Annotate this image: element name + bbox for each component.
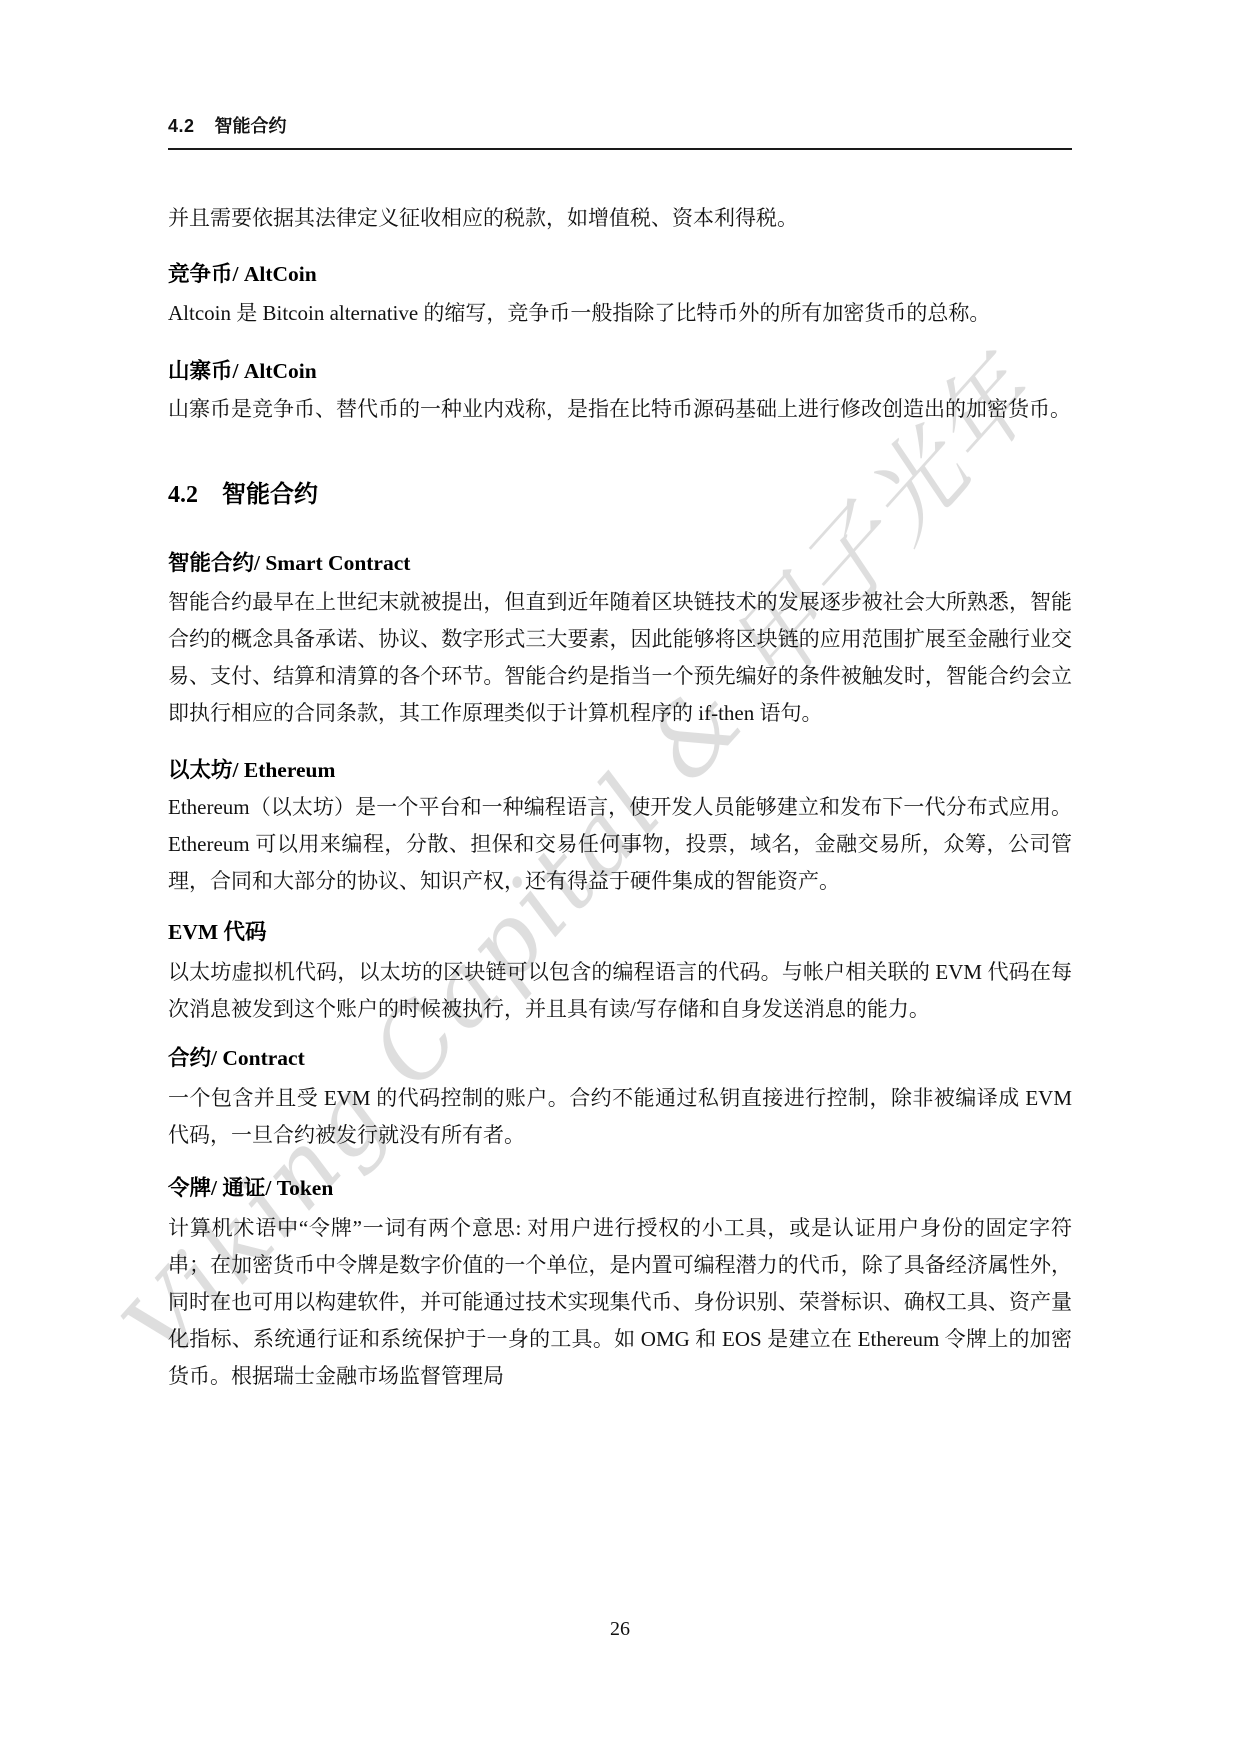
paragraph-altcoin-1: Altcoin 是 Bitcoin alternative 的缩写，竞争币一般指… bbox=[168, 295, 1072, 332]
term-heading-altcoin-2: 山寨币/ AltCoin bbox=[168, 356, 1072, 386]
running-header-section-number: 4.2 bbox=[168, 116, 195, 136]
term-heading-token: 令牌/ 通证/ Token bbox=[168, 1173, 1072, 1203]
running-header-section-title: 智能合约 bbox=[215, 116, 287, 136]
document-page: Viking Capital & 甲子光年 4.2智能合约 并且需要依据其法律定… bbox=[0, 0, 1240, 1754]
paragraph-evm-code: 以太坊虚拟机代码，以太坊的区块链可以包含的编程语言的代码。与帐户相关联的 EVM… bbox=[168, 954, 1072, 1028]
running-header: 4.2智能合约 bbox=[168, 112, 1072, 150]
section-title: 智能合约 bbox=[222, 482, 318, 508]
term-heading-evm-code: EVM 代码 bbox=[168, 917, 1072, 947]
term-heading-smart-contract: 智能合约/ Smart Contract bbox=[168, 548, 1072, 578]
section-number: 4.2 bbox=[168, 482, 198, 508]
page-content: 并且需要依据其法律定义征收相应的税款，如增值税、资本利得税。 竞争币/ AltC… bbox=[168, 148, 1072, 1395]
term-heading-contract: 合约/ Contract bbox=[168, 1043, 1072, 1073]
page-number: 26 bbox=[0, 1618, 1240, 1641]
paragraph-altcoin-2: 山寨币是竞争币、替代币的一种业内戏称，是指在比特币源码基础上进行修改创造出的加密… bbox=[168, 391, 1072, 428]
paragraph-smart-contract: 智能合约最早在上世纪末就被提出，但直到近年随着区块链技术的发展逐步被社会大所熟悉… bbox=[168, 584, 1072, 732]
paragraph-ethereum: Ethereum（以太坊）是一个平台和一种编程语言，使开发人员能够建立和发布下一… bbox=[168, 789, 1072, 900]
paragraph-token: 计算机术语中“令牌”一词有两个意思: 对用户进行授权的小工具，或是认证用户身份的… bbox=[168, 1210, 1072, 1395]
term-heading-altcoin-1: 竞争币/ AltCoin bbox=[168, 259, 1072, 289]
term-heading-ethereum: 以太坊/ Ethereum bbox=[168, 755, 1072, 785]
section-heading-smart-contracts: 4.2智能合约 bbox=[168, 478, 1072, 512]
paragraph-tax: 并且需要依据其法律定义征收相应的税款，如增值税、资本利得税。 bbox=[168, 200, 1072, 237]
paragraph-contract: 一个包含并且受 EVM 的代码控制的账户。合约不能通过私钥直接进行控制，除非被编… bbox=[168, 1080, 1072, 1154]
